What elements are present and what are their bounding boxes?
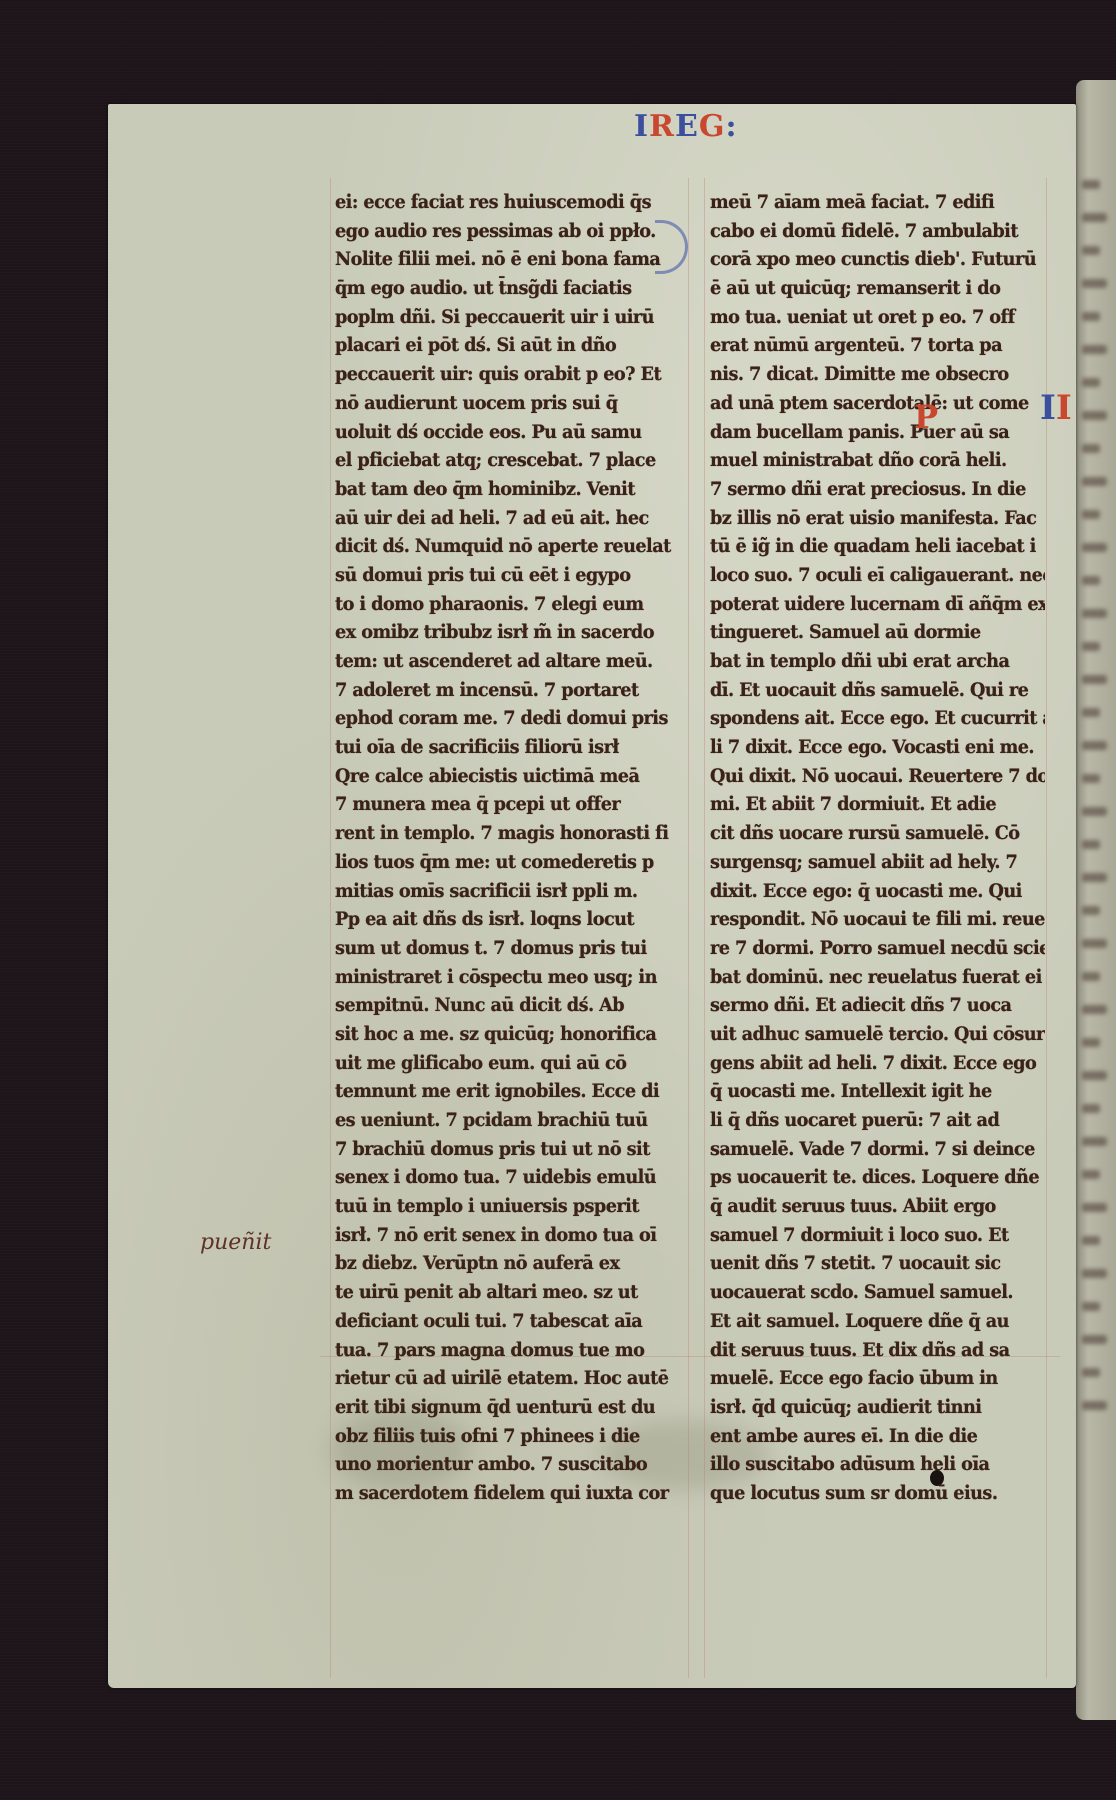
text-line: dam bucellam panis. Puer aū sa: [710, 418, 1022, 447]
text-line: surgensq; samuel abiit ad hely. 7: [710, 848, 1022, 877]
text-line: tū ē ig̃ in die quadam heli iacebat i: [710, 532, 1022, 561]
text-line: ps uocauerit te. dices. Loquere dñe: [710, 1163, 1022, 1192]
bleed-through-line: [1082, 411, 1107, 420]
text-line: poplm dñi. Si peccauerit uir i uirū: [335, 303, 661, 332]
text-line: meū 7 aīam meā faciat. 7 edifi: [710, 188, 1022, 217]
bleed-through-line: [1082, 312, 1100, 321]
bleed-through-line: [1082, 477, 1107, 486]
text-line: placari ei pōt dś. Si aūt in dño: [335, 331, 661, 360]
text-line: samuel 7 dormiuit i loco suo. Et: [710, 1221, 1022, 1250]
text-line: mitias omīs sacrificii isrł ppli m.: [335, 877, 661, 906]
text-line: sū domui pris tui cū eēt i egypo: [335, 561, 661, 590]
text-line: bz diebz. Verūptn nō auferā ex: [335, 1249, 661, 1278]
bleed-through-line: [1082, 1170, 1100, 1179]
text-line: sum ut domus t. 7 domus pris tui: [335, 934, 661, 963]
text-line: li 7 dixit. Ecce ego. Vocasti eni me.: [710, 733, 1022, 762]
bleed-through-line: [1082, 180, 1100, 189]
text-line: isrł. q̄d quicūq; audierit tinni: [710, 1393, 1022, 1422]
bleed-through-line: [1082, 1368, 1100, 1377]
text-line: erit tibi signum q̄d uenturū est du: [335, 1393, 661, 1422]
bleed-through-line: [1082, 444, 1100, 453]
text-line: uocauerat scdo. Samuel samuel.: [710, 1278, 1022, 1307]
text-line: tem: ut ascenderet ad altare meū.: [335, 647, 661, 676]
text-line: ē aū ut quicūq; remanserit i do: [710, 274, 1022, 303]
text-line: nō audierunt uocem pris sui q̄: [335, 389, 661, 418]
text-line: sit hoc a me. sz quicūq; honorifica: [335, 1020, 661, 1049]
text-line: senex i domo tua. 7 uidebis emulū: [335, 1163, 661, 1192]
text-line: ad unā ptem sacerdotalē: ut come: [710, 389, 1022, 418]
header-letter: G: [699, 109, 726, 144]
text-line: muelē. Ecce ego facio ūbum in: [710, 1364, 1022, 1393]
text-line: poterat uidere lucernam dī añq̄m ex: [710, 590, 1022, 619]
text-line: spondens ait. Ecce ego. Et cucurrit ad h…: [710, 704, 1022, 733]
text-line: 7 adoleret m incensū. 7 portaret: [335, 676, 661, 705]
ruling-vertical: [330, 178, 331, 1678]
text-line: tingueret. Samuel aū dormie: [710, 618, 1022, 647]
text-line: lios tuos q̄m me: ut comederetis p: [335, 848, 661, 877]
text-line: ministraret i cōspectu meo usq; in: [335, 963, 661, 992]
bleed-through-line: [1082, 1302, 1100, 1311]
text-line: to i domo pharaonis. 7 elegi eum: [335, 590, 661, 619]
text-line: sempitnū. Nunc aū dicit dś. Ab: [335, 991, 661, 1020]
bleed-through-line: [1082, 906, 1100, 915]
text-line: deficiant oculi tui. 7 tabescat aīa: [335, 1307, 661, 1336]
text-line: tui oīa de sacrificiis filiorū isrł: [335, 733, 661, 762]
bleed-through-line: [1082, 642, 1100, 651]
text-line: dit seruus tuus. Et dix dñs ad sa: [710, 1336, 1022, 1365]
text-line: mo tua. ueniat ut oret p eo. 7 off: [710, 303, 1022, 332]
bleed-through-line: [1082, 708, 1100, 717]
blue-initial: II: [1040, 388, 1072, 428]
text-line: aū uir dei ad heli. 7 ad eū ait. hec: [335, 504, 661, 533]
adjacent-page-edge: [1076, 80, 1116, 1720]
text-line: rent in templo. 7 magis honorasti fi: [335, 819, 661, 848]
text-line: corā xpo meo cunctis dieb'. Futurū: [710, 245, 1022, 274]
ruling-vertical: [704, 178, 705, 1678]
bleed-through-line: [1082, 246, 1100, 255]
bleed-through-line: [1082, 1038, 1100, 1047]
text-line: peccauerit uir: quis orabit p eo? Et: [335, 360, 661, 389]
text-line: nis. 7 dicat. Dimitte me obsecro: [710, 360, 1022, 389]
header-letter: E: [675, 109, 699, 144]
bleed-through-line: [1082, 972, 1100, 981]
bleed-through-line: [1082, 345, 1107, 354]
header-letter: I: [634, 109, 649, 144]
bleed-through-line: [1082, 807, 1107, 816]
bleed-through-line: [1082, 1071, 1107, 1080]
bleed-through-line: [1082, 609, 1107, 618]
text-line: samuelē. Vade 7 dormi. 7 si deince: [710, 1135, 1022, 1164]
text-line: q̄ audit seruus tuus. Abiit ergo: [710, 1192, 1022, 1221]
text-line: mi. Et abiit 7 dormiuit. Et adie: [710, 790, 1022, 819]
bleed-through-line: [1082, 1335, 1107, 1344]
text-line: respondit. Nō uocaui te fili mi. reuerte: [710, 905, 1022, 934]
text-line: es ueniunt. 7 pcidam brachiū tuū: [335, 1106, 661, 1135]
text-line: tua. 7 pars magna domus tue mo: [335, 1336, 661, 1365]
initial-letter: I: [1056, 388, 1072, 428]
text-line: ent ambe aures eī. In die die: [710, 1422, 1022, 1451]
bleed-through-line: [1082, 939, 1107, 948]
header-letter: :: [725, 109, 737, 144]
bleed-through-line: [1082, 774, 1100, 783]
bleed-through-line: [1082, 576, 1100, 585]
text-line: Qui dixit. Nō uocaui. Reuertere 7 dor: [710, 762, 1022, 791]
text-line: temnunt me erit ignobiles. Ecce di: [335, 1077, 661, 1106]
bleed-through-line: [1082, 510, 1100, 519]
text-line: dī. Et uocauit dñs samuelē. Qui re: [710, 676, 1022, 705]
text-line: li q̄ dñs uocaret puerū: 7 ait ad: [710, 1106, 1022, 1135]
text-line: isrł. 7 nō erit senex in domo tua oī: [335, 1221, 661, 1250]
text-line: q̄m ego audio. ut t̄nsg̃di faciatis: [335, 274, 661, 303]
bleed-through-line: [1082, 1137, 1107, 1146]
bleed-through-line: [1082, 543, 1107, 552]
bleed-through-line: [1082, 1104, 1100, 1113]
text-line: muel ministrabat dño corā heli.: [710, 446, 1022, 475]
header-letter: R: [649, 109, 675, 144]
red-initial: P: [914, 398, 938, 436]
text-line: ego audio res pessimas ab oi ppło.: [335, 217, 661, 246]
bleed-through-line: [1082, 1203, 1107, 1212]
text-line: ei: ecce faciat res huiuscemodi q̄s: [335, 188, 661, 217]
text-line: rietur cū ad uirilē etatem. Hoc autē: [335, 1364, 661, 1393]
text-line: dixit. Ecce ego: q̄ uocasti me. Qui: [710, 877, 1022, 906]
bleed-through-line: [1082, 279, 1107, 288]
text-line: re 7 dormi. Porro samuel necdū scie: [710, 934, 1022, 963]
text-line: Et ait samuel. Loquere dñe q̄ au: [710, 1307, 1022, 1336]
text-line: que locutus sum sr domū eius.: [710, 1479, 1022, 1508]
text-column-right: meū 7 aīam meā faciat. 7 edificabo ei do…: [710, 188, 1045, 1508]
text-line: ex omibz tribubz isrł m̃ in sacerdo: [335, 618, 661, 647]
ruling-vertical: [688, 178, 689, 1678]
text-line: bz illis nō erat uisio manifesta. Fac: [710, 504, 1022, 533]
bleed-through-line: [1082, 675, 1107, 684]
text-line: m sacerdotem fidelem qui iuxta cor: [335, 1479, 661, 1508]
text-line: dicit dś. Numquid nō aperte reuelat: [335, 532, 661, 561]
bleed-through-line: [1082, 378, 1100, 387]
text-line: uit adhuc samuelē tercio. Qui cōsur: [710, 1020, 1022, 1049]
text-line: q̄ uocasti me. Intellexit igit he: [710, 1077, 1022, 1106]
bleed-through-line: [1082, 873, 1107, 882]
bleed-through-line: [1082, 1236, 1100, 1245]
text-line: Pp ea ait dñs ds isrł. loqns locut: [335, 905, 661, 934]
text-line: uenit dñs 7 stetit. 7 uocauit sic: [710, 1249, 1022, 1278]
text-line: cabo ei domū fidelē. 7 ambulabit: [710, 217, 1022, 246]
text-line: bat in templo dñi ubi erat archa: [710, 647, 1022, 676]
text-line: el pficiebat atq; crescebat. 7 place: [335, 446, 661, 475]
text-line: Qre calce abiecistis uictimā meā: [335, 762, 661, 791]
text-line: tuū in templo i uniuersis psperit: [335, 1192, 661, 1221]
bleed-through-line: [1082, 1005, 1107, 1014]
text-line: uit me glificabo eum. qui aū cō: [335, 1049, 661, 1078]
text-line: obz filiis tuis ofni 7 phinees i die: [335, 1422, 661, 1451]
bleed-through-line: [1082, 840, 1100, 849]
text-line: 7 sermo dñi erat preciosus. In die: [710, 475, 1022, 504]
text-line: gens abiit ad heli. 7 dixit. Ecce ego: [710, 1049, 1022, 1078]
text-line: uno morientur ambo. 7 suscitabo: [335, 1450, 661, 1479]
text-line: loco suo. 7 oculi eī caligauerant. nec: [710, 561, 1022, 590]
text-line: erat nūmū argenteū. 7 torta pa: [710, 331, 1022, 360]
bleed-through-line: [1082, 741, 1107, 750]
bleed-through-line: [1082, 1401, 1107, 1410]
text-line: 7 brachiū domus pris tui ut nō sit: [335, 1135, 661, 1164]
marginal-annotation: pueñit: [200, 1230, 271, 1255]
text-column-left: ei: ecce faciat res huiuscemodi q̄sego a…: [335, 188, 685, 1508]
bleed-through-line: [1082, 1269, 1107, 1278]
text-line: cit dñs uocare rursū samuelē. Cō: [710, 819, 1022, 848]
text-line: sermo dñi. Et adiecit dñs 7 uoca: [710, 991, 1022, 1020]
bleed-through-line: [1082, 213, 1107, 222]
text-line: 7 munera mea q̄ pcepi ut offer: [335, 790, 661, 819]
text-line: illo suscitabo adūsum heli oīa: [710, 1450, 1022, 1479]
text-line: bat tam deo q̄m hominibz. Venit: [335, 475, 661, 504]
text-line: Nolite filii mei. nō ē eni bona fama: [335, 245, 661, 274]
text-line: ephod coram me. 7 dedi domui pris: [335, 704, 661, 733]
text-line: bat dominū. nec reuelatus fuerat ei: [710, 963, 1022, 992]
running-header: I R E G :: [634, 106, 738, 146]
text-line: te uirū penit ab altari meo. sz ut: [335, 1278, 661, 1307]
text-line: uoluit dś occide eos. Pu aū samu: [335, 418, 661, 447]
